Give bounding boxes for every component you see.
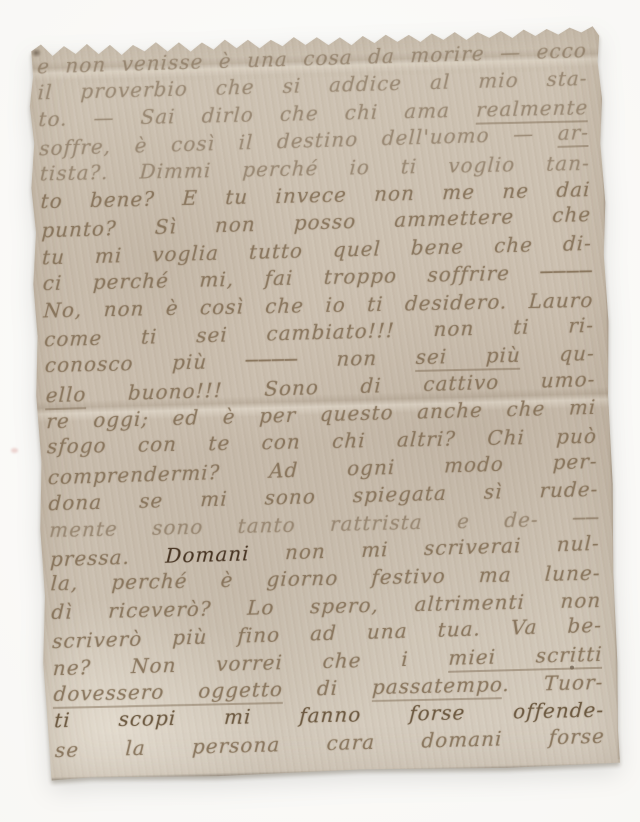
- handwriting-text: di: [282, 675, 372, 701]
- handwriting-text: pressa.: [50, 544, 166, 571]
- letter-paper: e non venisse è una cosa da morire — ecc…: [26, 25, 620, 782]
- letter-text: e non venisse è una cosa da morire — ecc…: [37, 38, 606, 781]
- paper-speck: [11, 448, 18, 453]
- dark-ink-text: Domani: [165, 541, 250, 568]
- underlined-text: passatempo: [371, 672, 503, 702]
- handwriting-text: . Tuor-: [502, 670, 604, 696]
- underlined-text: miei scritti: [448, 641, 603, 672]
- handwriting-text: qu-: [520, 341, 595, 367]
- letter-paper-wrapper: e non venisse è una cosa da morire — ecc…: [36, 32, 611, 774]
- underlined-text: ello: [45, 382, 87, 410]
- document-scan: { "letter": { "background_color": "#fbfb…: [0, 0, 640, 822]
- underlined-text: ar-: [557, 120, 589, 148]
